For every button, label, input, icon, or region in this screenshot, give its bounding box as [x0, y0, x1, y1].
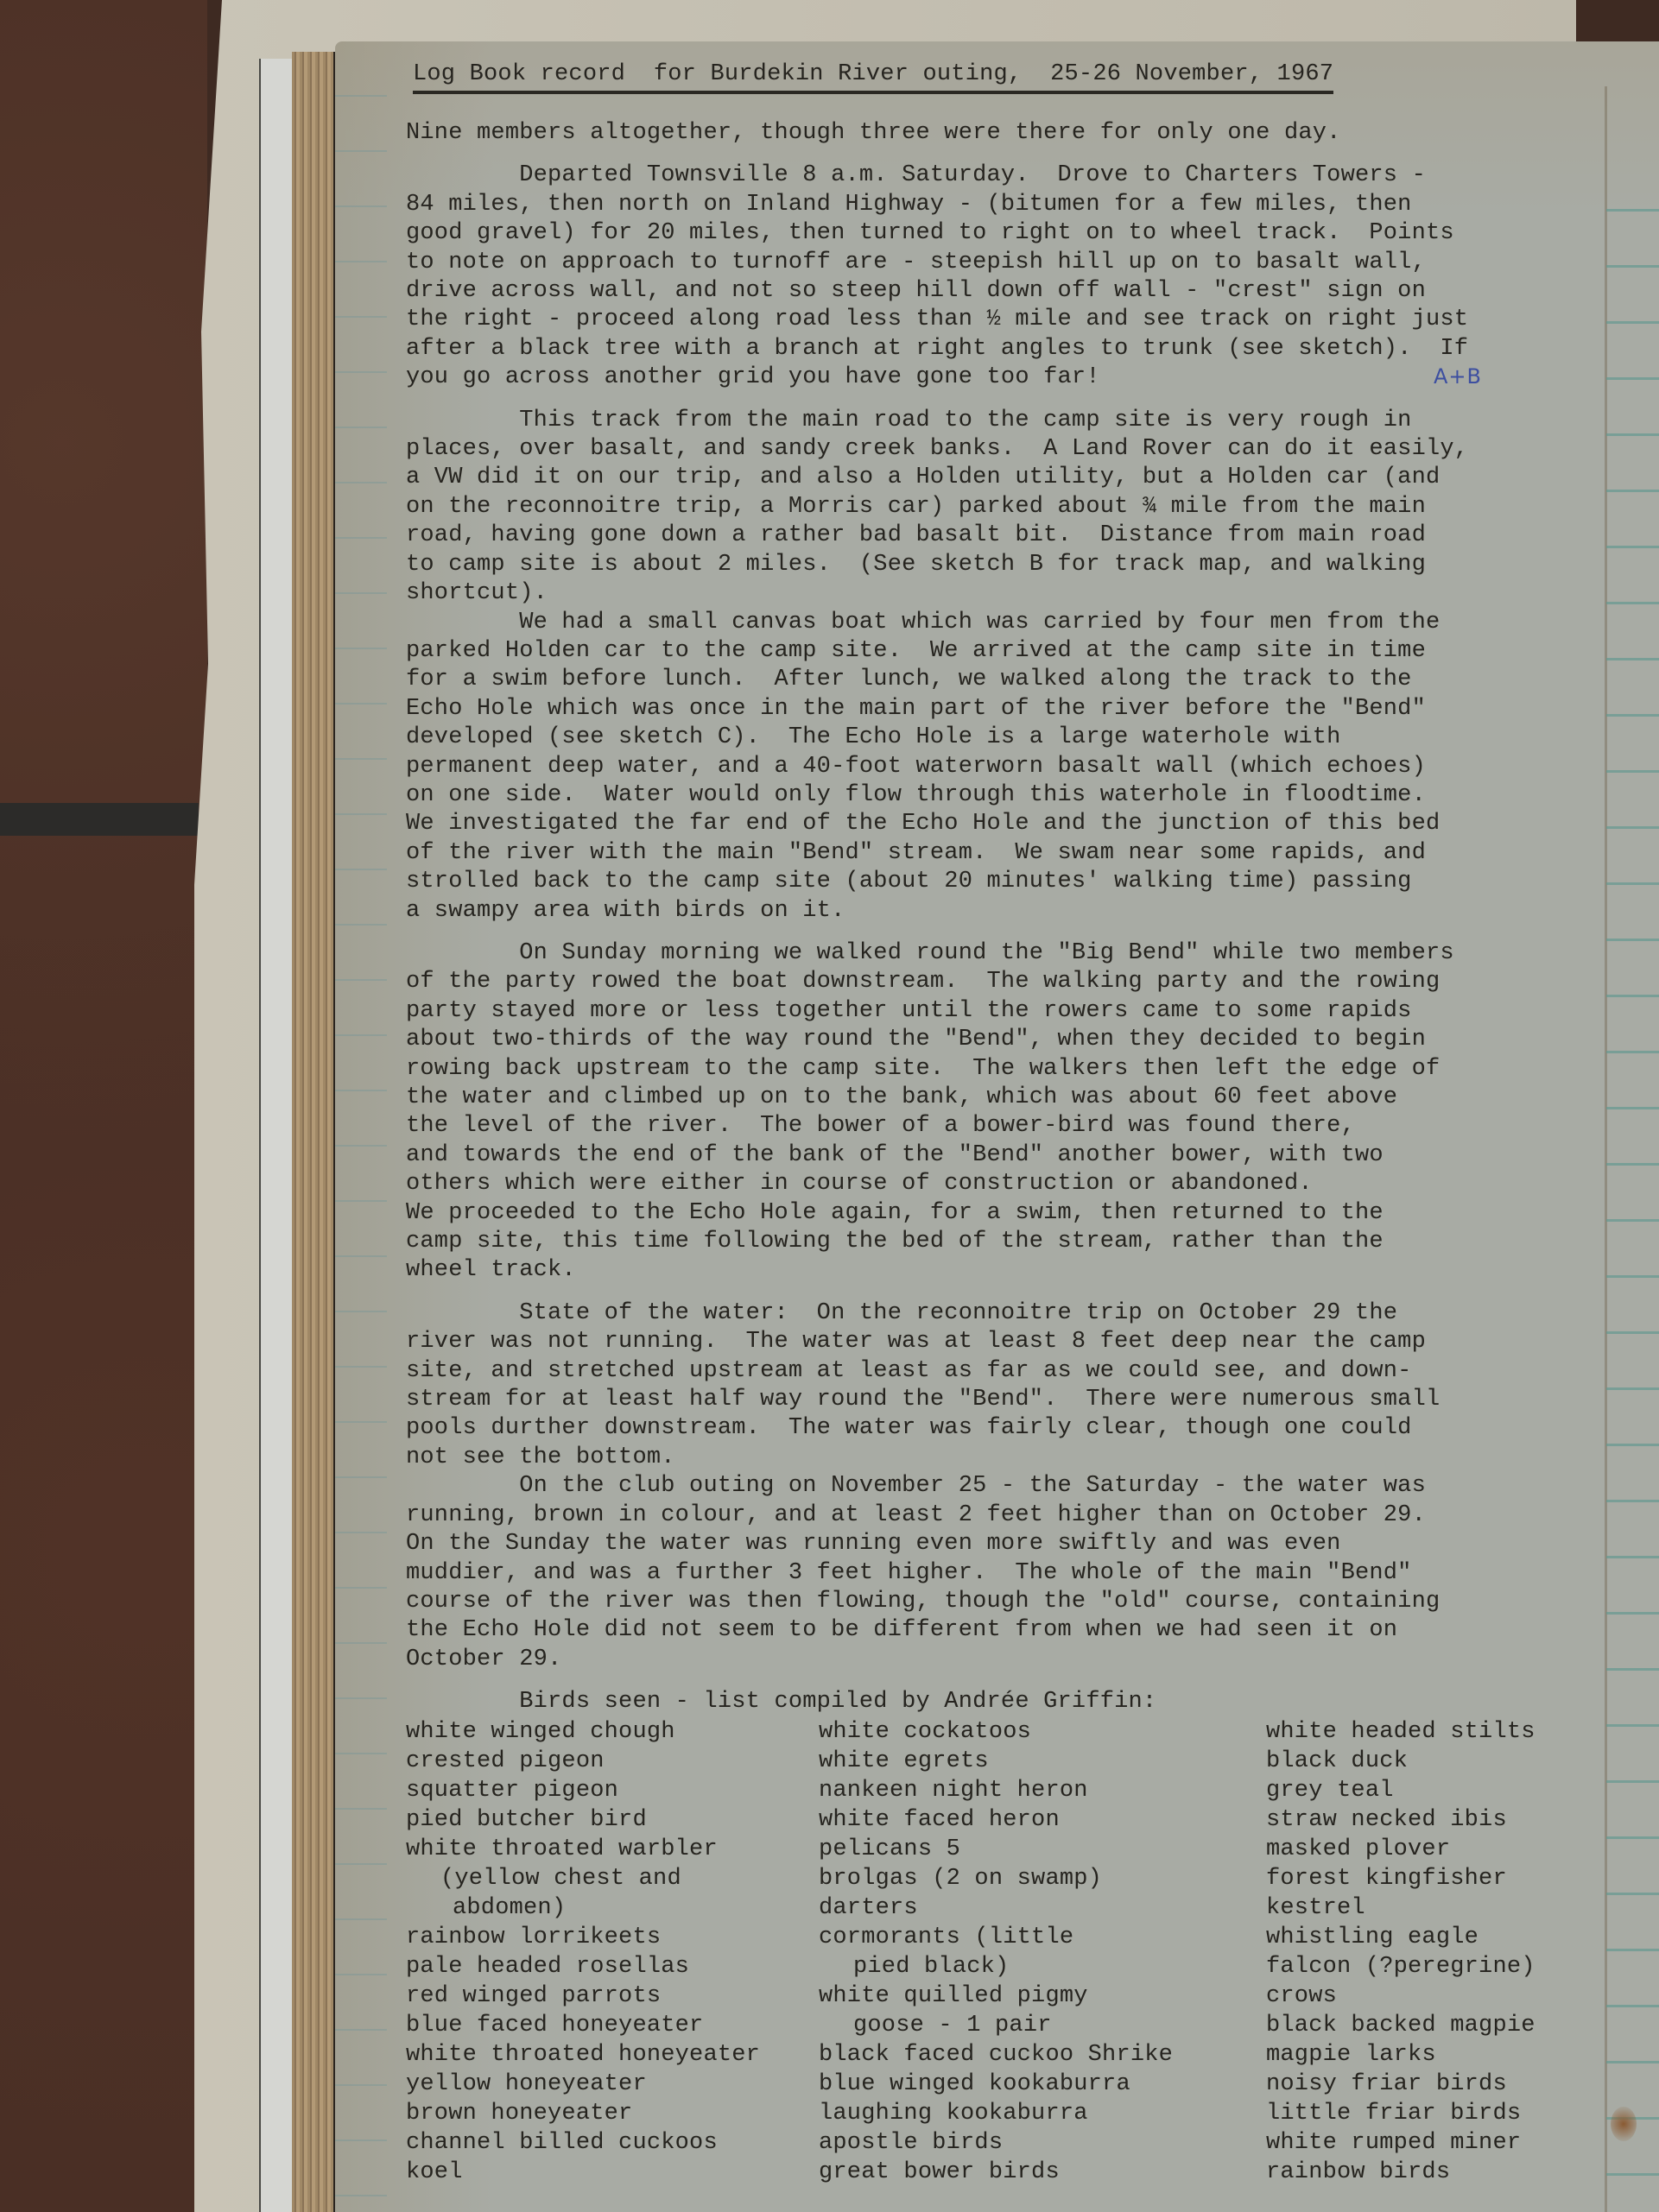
bird-list-item: white quilled pigmy — [819, 1981, 1173, 2011]
bird-list-item: laughing kookaburra — [819, 2099, 1173, 2128]
bird-list-item: pied black) — [819, 1952, 1173, 1981]
paragraph-line: not see the bottom. — [406, 1444, 1572, 1472]
bird-list-item: grey teal — [1266, 1776, 1536, 1805]
bird-list-item: channel billed cuckoos — [406, 2128, 760, 2158]
paragraph-line: road, having gone down a rather bad basa… — [406, 521, 1572, 550]
paragraph-line: the water and climbed up on to the bank,… — [406, 1084, 1572, 1112]
paragraph-line: running, brown in colour, and at least 2… — [406, 1501, 1572, 1530]
paragraph-line: places, over basalt, and sandy creek ban… — [406, 435, 1572, 464]
paragraph-line: strolled back to the camp site (about 20… — [406, 868, 1572, 896]
bird-list-item: rainbow lorrikeets — [406, 1923, 760, 1952]
bird-list-item: falcon (?peregrine) — [1266, 1952, 1536, 1981]
paragraph-line: Departed Townsville 8 a.m. Saturday. Dro… — [406, 161, 1572, 190]
paragraph-line: We proceeded to the Echo Hole again, for… — [406, 1199, 1572, 1228]
paragraph-line: the right - proceed along road less than… — [406, 306, 1572, 334]
bird-list-item: white throated warbler — [406, 1835, 760, 1864]
paragraph-line: river was not running. The water was at … — [406, 1328, 1572, 1356]
bird-list-item: blue winged kookaburra — [819, 2070, 1173, 2099]
paragraph-line: the level of the river. The bower of a b… — [406, 1112, 1572, 1141]
bird-list-item: crows — [1266, 1981, 1536, 2011]
bird-list-item: magpie larks — [1266, 2040, 1536, 2070]
bird-list-item: masked plover — [1266, 1835, 1536, 1864]
paragraph: This track from the main road to the cam… — [406, 407, 1572, 609]
bird-list-item: whistling eagle — [1266, 1923, 1536, 1952]
paragraph-line: This track from the main road to the cam… — [406, 407, 1572, 435]
bird-list-item: white rumped miner — [1266, 2128, 1536, 2158]
paragraph-line: On the club outing on November 25 - the … — [406, 1472, 1572, 1501]
bird-list-item: darters — [819, 1893, 1173, 1923]
bird-list-item: noisy friar birds — [1266, 2070, 1536, 2099]
paragraph-line: 84 miles, then north on Inland Highway -… — [406, 191, 1572, 219]
paragraph-line: developed (see sketch C). The Echo Hole … — [406, 724, 1572, 752]
bird-list-item: straw necked ibis — [1266, 1805, 1536, 1835]
document-title: Log Book record for Burdekin River outin… — [413, 60, 1333, 94]
paragraph: Departed Townsville 8 a.m. Saturday. Dro… — [406, 161, 1572, 392]
paragraph-line: State of the water: On the reconnoitre t… — [406, 1299, 1572, 1328]
paragraph-line: on the reconnoitre trip, a Morris car) p… — [406, 493, 1572, 521]
birds-list: white winged choughcrested pigeonsquatte… — [406, 1717, 1572, 2184]
bird-list-item: nankeen night heron — [819, 1776, 1173, 1805]
bird-list-item: white headed stilts — [1266, 1717, 1536, 1747]
paragraph-line: to note on approach to turnoff are - ste… — [406, 249, 1572, 277]
bird-list-item: koel — [406, 2158, 760, 2187]
paragraph-line: others which were either in course of co… — [406, 1170, 1572, 1198]
bird-list-item: blue faced honeyeater — [406, 2011, 760, 2040]
bird-list-item: black duck — [1266, 1747, 1536, 1776]
paragraph-line: for a swim before lunch. After lunch, we… — [406, 666, 1572, 694]
bird-list-item: white cockatoos — [819, 1717, 1173, 1747]
bird-list-item: pied butcher bird — [406, 1805, 760, 1835]
page-stack-edges — [292, 52, 336, 2212]
birds-column-2: white cockatooswhite egretsnankeen night… — [819, 1717, 1173, 2187]
birds-heading: Birds seen - list compiled by Andrée Gri… — [406, 1688, 1572, 1716]
paragraph-line: drive across wall, and not so steep hill… — [406, 277, 1572, 306]
bird-list-item: yellow honeyeater — [406, 2070, 760, 2099]
paragraph-line: Echo Hole which was once in the main par… — [406, 695, 1572, 724]
paragraph: On the club outing on November 25 - the … — [406, 1472, 1572, 1674]
paragraph-line: muddier, and was a further 3 feet higher… — [406, 1559, 1572, 1588]
rust-stain — [1611, 2107, 1637, 2141]
bird-list-item: (yellow chest and — [406, 1864, 760, 1893]
typed-document: Log Book record for Burdekin River outin… — [406, 60, 1572, 2184]
paragraph-line: a swampy area with birds on it. — [406, 897, 1572, 926]
paragraph: State of the water: On the reconnoitre t… — [406, 1299, 1572, 1472]
bird-list-item: black backed magpie — [1266, 2011, 1536, 2040]
paragraph-line: stream for at least half way round the "… — [406, 1386, 1572, 1414]
paragraph: We had a small canvas boat which was car… — [406, 609, 1572, 926]
bird-list-item: black faced cuckoo Shrike — [819, 2040, 1173, 2070]
bird-list-item: goose - 1 pair — [819, 2011, 1173, 2040]
handwritten-annotation: A+B — [1434, 363, 1482, 391]
ruled-lines-right — [1606, 155, 1659, 2212]
paragraph-line: the Echo Hole did not seem to be differe… — [406, 1616, 1572, 1645]
background-stripe — [0, 803, 199, 836]
paragraph-line: about two-thirds of the way round the "B… — [406, 1026, 1572, 1054]
paragraph: On Sunday morning we walked round the "B… — [406, 939, 1572, 1286]
bird-list-item: crested pigeon — [406, 1747, 760, 1776]
paragraph-line: course of the river was then flowing, th… — [406, 1588, 1572, 1616]
paragraph-line: after a black tree with a branch at righ… — [406, 335, 1572, 363]
ruled-lines-left — [335, 41, 387, 2212]
paragraph-line: you go across another grid you have gone… — [406, 363, 1572, 392]
bird-list-item: rainbow birds — [1266, 2158, 1536, 2187]
birds-column-1: white winged choughcrested pigeonsquatte… — [406, 1717, 760, 2187]
paragraph-line: October 29. — [406, 1646, 1572, 1674]
book-cover-background — [0, 0, 207, 2212]
paragraph-line: good gravel) for 20 miles, then turned t… — [406, 219, 1572, 248]
bird-list-item: white egrets — [819, 1747, 1173, 1776]
bird-list-item: pale headed rosellas — [406, 1952, 760, 1981]
bird-list-item: brown honeyeater — [406, 2099, 760, 2128]
paragraph-line: We investigated the far end of the Echo … — [406, 810, 1572, 838]
paragraph-line: party stayed more or less together until… — [406, 997, 1572, 1026]
bird-list-item: brolgas (2 on swamp) — [819, 1864, 1173, 1893]
intro-line: Nine members altogether, though three we… — [406, 119, 1572, 148]
birds-column-3: white headed stiltsblack duckgrey tealst… — [1266, 1717, 1536, 2187]
paragraph-line: a VW did it on our trip, and also a Hold… — [406, 464, 1572, 492]
body-paragraphs: Departed Townsville 8 a.m. Saturday. Dro… — [406, 161, 1572, 1688]
paragraph-line: camp site, this time following the bed o… — [406, 1228, 1572, 1256]
paragraph-line: of the river with the main "Bend" stream… — [406, 839, 1572, 868]
paragraph-line: of the party rowed the boat downstream. … — [406, 968, 1572, 996]
bird-list-item: white faced heron — [819, 1805, 1173, 1835]
bird-list-item: great bower birds — [819, 2158, 1173, 2187]
bird-list-item: squatter pigeon — [406, 1776, 760, 1805]
paragraph-line: and towards the end of the bank of the "… — [406, 1141, 1572, 1170]
paragraph-line: We had a small canvas boat which was car… — [406, 609, 1572, 637]
bird-list-item: little friar birds — [1266, 2099, 1536, 2128]
paragraph-line: parked Holden car to the camp site. We a… — [406, 637, 1572, 666]
paragraph-line: pools durther downstream. The water was … — [406, 1414, 1572, 1443]
paragraph-line: wheel track. — [406, 1256, 1572, 1285]
paragraph-line: rowing back upstream to the camp site. T… — [406, 1055, 1572, 1084]
bird-list-item: red winged parrots — [406, 1981, 760, 2011]
bird-list-item: kestrel — [1266, 1893, 1536, 1923]
bird-list-item: apostle birds — [819, 2128, 1173, 2158]
bird-list-item: abdomen) — [406, 1893, 760, 1923]
bird-list-item: forest kingfisher — [1266, 1864, 1536, 1893]
paragraph-line: on one side. Water would only flow throu… — [406, 781, 1572, 810]
paragraph-line: permanent deep water, and a 40-foot wate… — [406, 753, 1572, 781]
paragraph-line: On the Sunday the water was running even… — [406, 1530, 1572, 1558]
paragraph-line: to camp site is about 2 miles. (See sket… — [406, 551, 1572, 579]
paragraph-line: site, and stretched upstream at least as… — [406, 1357, 1572, 1386]
bird-list-item: cormorants (little — [819, 1923, 1173, 1952]
bird-list-item: pelicans 5 — [819, 1835, 1173, 1864]
paragraph-line: shortcut). — [406, 579, 1572, 608]
bird-list-item: white throated honeyeater — [406, 2040, 760, 2070]
paragraph-line: On Sunday morning we walked round the "B… — [406, 939, 1572, 968]
bird-list-item: white winged chough — [406, 1717, 760, 1747]
